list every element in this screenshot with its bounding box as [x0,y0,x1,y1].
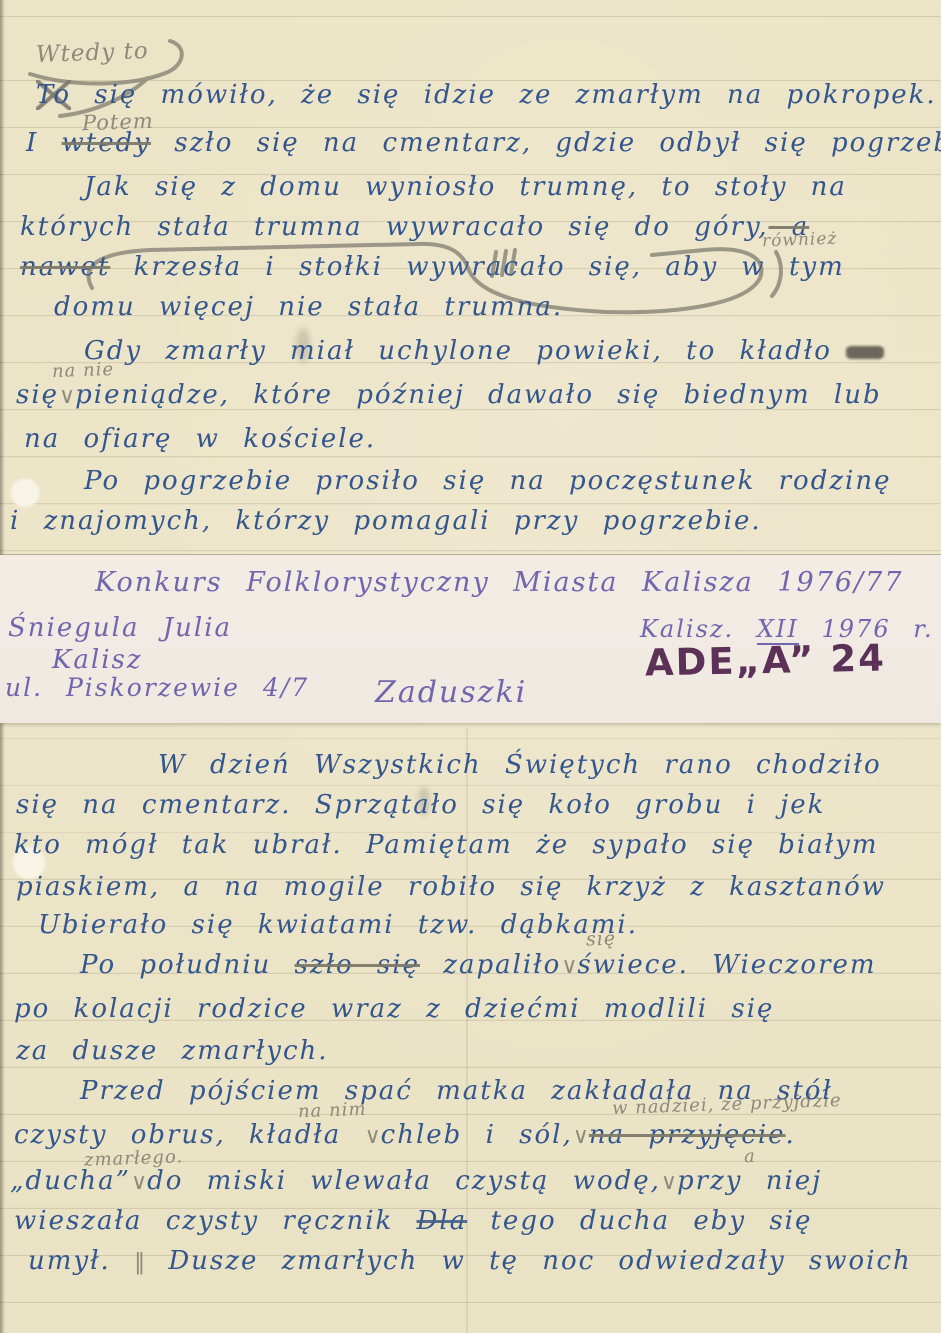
handwritten-line: nawet krzesła i stołki wywracało się, ab… [20,252,845,282]
handwritten-line: I wtedy szło się na cmentarz, gdzie odby… [26,128,941,158]
handwritten-line: domu więcej nie stała trumna. [54,292,563,322]
contest-title: Konkurs Folklorystyczny Miasta Kalisza 1… [95,567,904,598]
pencil-note-wtedy-to: Wtedy to [36,38,149,68]
line-text: się [16,380,59,410]
handwritten-line: umył. ‖ Dusze zmarłych w tę noc odwiedza… [28,1246,912,1276]
handwritten-line: się∨pieniądze, które później dawało się … [16,380,882,410]
handwritten-line: Ubierało się kwiatami tzw. dąbkami. [38,910,638,940]
handwritten-line: Jak się z domu wyniosło trumnę, to stoły… [84,172,847,202]
author-address: ul. Piskorzewie 4/7 [5,673,309,702]
crossed-word: wtedy [62,128,151,158]
author-name: Śniegula Julia [8,613,232,643]
line-text: szło się na cmentarz, gdzie odbył się po… [151,128,941,158]
line-text: Gdy zmarły miał uchylone powieki, to kła… [84,336,832,366]
archive-code: ADE„A” 24 [645,636,887,684]
crossed-words: szło się [295,950,420,980]
author-city: Kalisz [52,645,143,675]
paper-strip: Konkurs Folklorystyczny Miasta Kalisza 1… [0,555,941,723]
handwritten-line: Gdy zmarły miał uchylone powieki, to kła… [84,336,884,366]
handwritten-line: Po pogrzebie prosiło się na poczęstunek … [84,466,891,496]
line-text: . [786,1120,796,1150]
line-text: czysty obrus, kładła [14,1120,365,1150]
line-text: krzesła i stołki wywracało się [110,252,631,282]
handwritten-line: po kolacji rodzice wraz z dziećmi modlil… [14,994,774,1024]
place: Kalisz. [640,615,734,643]
line-text: I [26,128,62,158]
line-text: „ducha” [10,1166,131,1196]
handwritten-line: kto mógł tak ubrał. Pamiętam że sypało s… [14,830,878,860]
crossed-words: na przyjęcie [589,1120,786,1150]
line-text: umył. [28,1246,111,1276]
line-text: , aby w tym [632,252,845,282]
line-text: pieniądze, które później dawało się bied… [75,380,881,410]
handwritten-line: W dzień Wszystkich Świętych rano chodził… [158,750,882,780]
ink-scribble [846,346,884,359]
punch-hole [9,477,41,509]
line-text: Po południu [80,950,295,980]
line-text: przy niej [677,1166,822,1196]
handwritten-line: „ducha”∨do miski wlewała czystą wodę,∨pr… [10,1166,822,1196]
handwritten-line: Po południu szło się zapaliło∨świece. Wi… [80,950,877,980]
handwritten-line: czysty obrus, kładła ∨chleb i sól,∨na pr… [14,1120,796,1150]
insertion-caret: ∨ [131,1170,147,1195]
handwritten-line: wieszała czysty ręcznik Dla tego ducha e… [14,1206,812,1236]
story-title: Zaduszki [375,675,527,710]
handwritten-line: za dusze zmarłych. [16,1036,329,1066]
crossed-word: a [768,212,809,242]
insertion-caret: ∨ [59,384,75,409]
insertion-caret: ∨ [561,954,577,979]
handwritten-line: piaskiem, a na mogile robiło się krzyż z… [16,872,886,902]
handwritten-line: To się mówiło, że się idzie ze zmarłym n… [36,80,937,110]
handwritten-line: których stała trumna wywracało się do gó… [20,212,809,242]
crossed-word: Dla [417,1206,468,1236]
line-text: do miski wlewała czystą wodę, [147,1166,661,1196]
handwritten-line: się na cmentarz. Sprzątało się koło grob… [16,790,825,820]
insertion-caret: ∨ [661,1170,677,1195]
line-text: wieszała czysty ręcznik [14,1206,417,1236]
insertion-caret: ∨ [365,1124,381,1149]
line-text: chleb i sól, [381,1120,573,1150]
handwritten-line: i znajomych, którzy pomagali przy pogrze… [10,506,762,536]
handwritten-line: Przed pójściem spać matka zakładała na s… [80,1076,833,1106]
line-text: tego ducha eby się [467,1206,812,1236]
line-text: Dusze zmarłych w tę noc odwiedzały swoic… [168,1246,911,1276]
paragraph-mark: ‖ [134,1250,145,1275]
line-text: świece. Wieczorem [577,950,876,980]
crossed-word: To [36,80,71,110]
line-text: zapaliło [420,950,561,980]
handwritten-line: na ofiarę w kościele. [24,424,376,454]
line-text: których stała trumna wywracało się do gó… [20,212,768,242]
crossed-word: nawet [20,252,110,282]
manuscript-page: Wtedy to Potem również na nie się na nim… [0,0,941,1333]
line-text: się mówiło, że się idzie ze zmarłym na p… [71,80,937,110]
insertion-caret: ∨ [573,1124,589,1149]
